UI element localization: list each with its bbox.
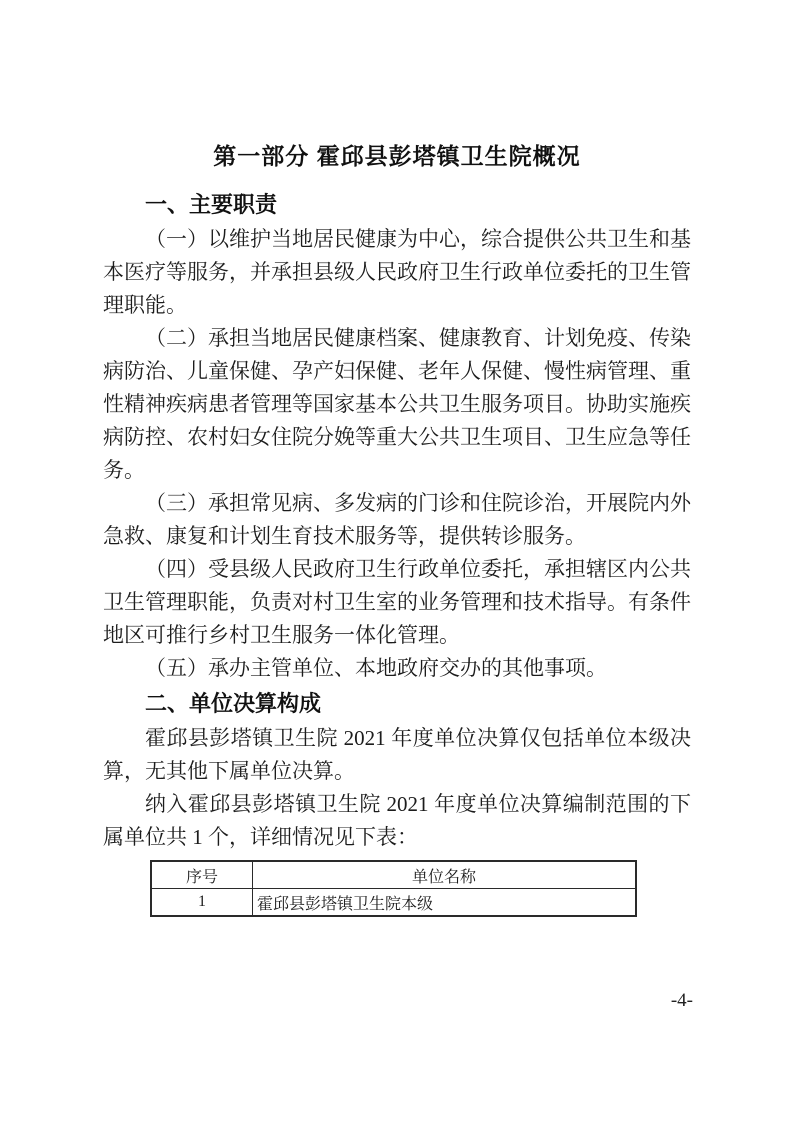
paragraph-budget-scope: 霍邱县彭塔镇卫生院 2021 年度单位决算仅包括单位本级决算，无其他下属单位决算… <box>103 722 691 788</box>
table-cell-index: 1 <box>151 889 253 917</box>
page-title: 第一部分 霍邱县彭塔镇卫生院概况 <box>103 138 691 174</box>
table-header-unit-name: 单位名称 <box>253 861 637 889</box>
paragraph-duty-4: （四）受县级人民政府卫生行政单位委托，承担辖区内公共卫生管理职能，负责对村卫生室… <box>103 553 691 652</box>
section-heading-main-duties: 一、主要职责 <box>103 186 691 223</box>
paragraph-duty-3: （三）承担常见病、多发病的门诊和住院诊治，开展院内外急救、康复和计划生育技术服务… <box>103 487 691 553</box>
paragraph-duty-1: （一）以维护当地居民健康为中心，综合提供公共卫生和基本医疗等服务，并承担县级人民… <box>103 223 691 322</box>
section-heading-budget-composition: 二、单位决算构成 <box>103 685 691 722</box>
document-page: 第一部分 霍邱县彭塔镇卫生院概况 一、主要职责 （一）以维护当地居民健康为中心，… <box>0 0 793 1122</box>
unit-list-table: 序号 单位名称 1 霍邱县彭塔镇卫生院本级 <box>150 860 637 917</box>
table-header-row: 序号 单位名称 <box>151 861 636 889</box>
paragraph-duty-5: （五）承办主管单位、本地政府交办的其他事项。 <box>103 652 691 685</box>
table-row: 1 霍邱县彭塔镇卫生院本级 <box>151 889 636 917</box>
paragraph-duty-2: （二）承担当地居民健康档案、健康教育、计划免疫、传染病防治、儿童保健、孕产妇保健… <box>103 322 691 487</box>
table-header-index: 序号 <box>151 861 253 889</box>
page-number: -4- <box>671 990 693 1012</box>
paragraph-budget-units: 纳入霍邱县彭塔镇卫生院 2021 年度单位决算编制范围的下属单位共 1 个，详细… <box>103 788 691 854</box>
document-content: 第一部分 霍邱县彭塔镇卫生院概况 一、主要职责 （一）以维护当地居民健康为中心，… <box>103 138 691 917</box>
table-cell-unit-name: 霍邱县彭塔镇卫生院本级 <box>253 889 637 917</box>
